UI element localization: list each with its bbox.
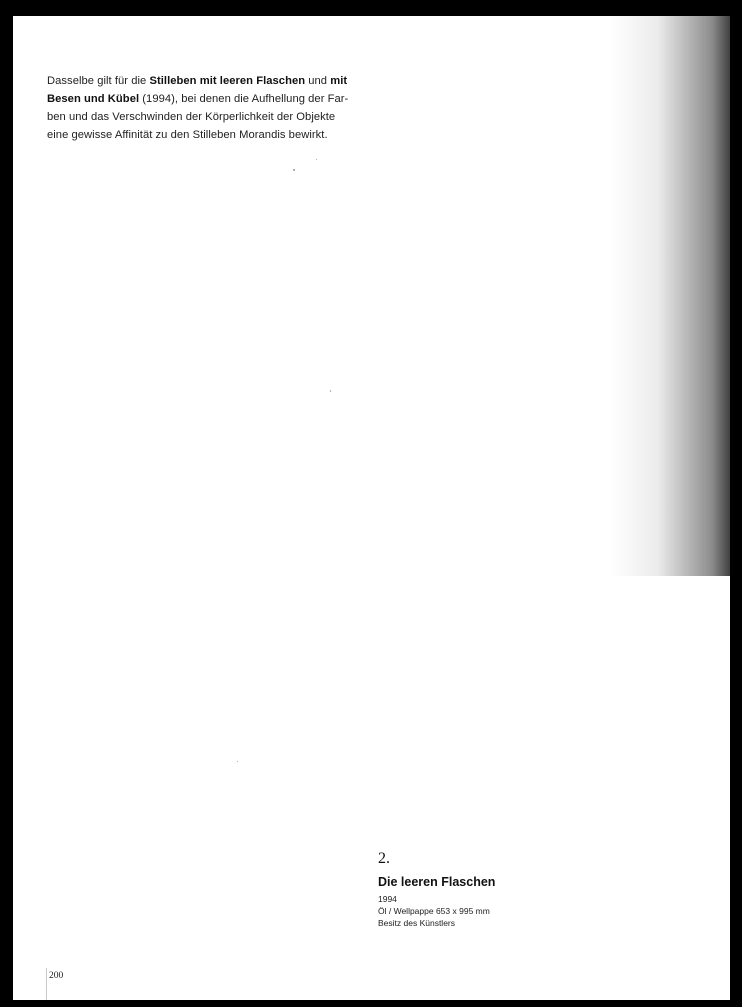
spine-shadow (610, 16, 730, 576)
folio-rule (46, 968, 47, 1000)
body-text-2: und (305, 75, 330, 87)
figure-year: 1994 (378, 893, 495, 905)
scan-speck (237, 761, 238, 762)
figure-caption: 2. Die leeren Flaschen 1994 Öl / Wellpap… (378, 850, 495, 929)
scan-speck (293, 169, 295, 171)
book-page: Dasselbe gilt für die Stilleben mit leer… (13, 16, 730, 1000)
page-number: 200 (49, 971, 63, 981)
scan-speck (316, 159, 317, 160)
figure-owner: Besitz des Künstlers (378, 917, 495, 929)
figure-medium: Öl / Wellpappe 653 x 995 mm (378, 905, 495, 917)
figure-title: Die leeren Flaschen (378, 874, 495, 890)
figure-number: 2. (378, 850, 495, 868)
artwork-title-stilleben: Stilleben mit leeren Flaschen (149, 75, 305, 87)
body-text-1: Dasselbe gilt für die (47, 75, 149, 87)
body-paragraph: Dasselbe gilt für die Stilleben mit leer… (47, 72, 359, 144)
scan-speck (330, 390, 331, 392)
